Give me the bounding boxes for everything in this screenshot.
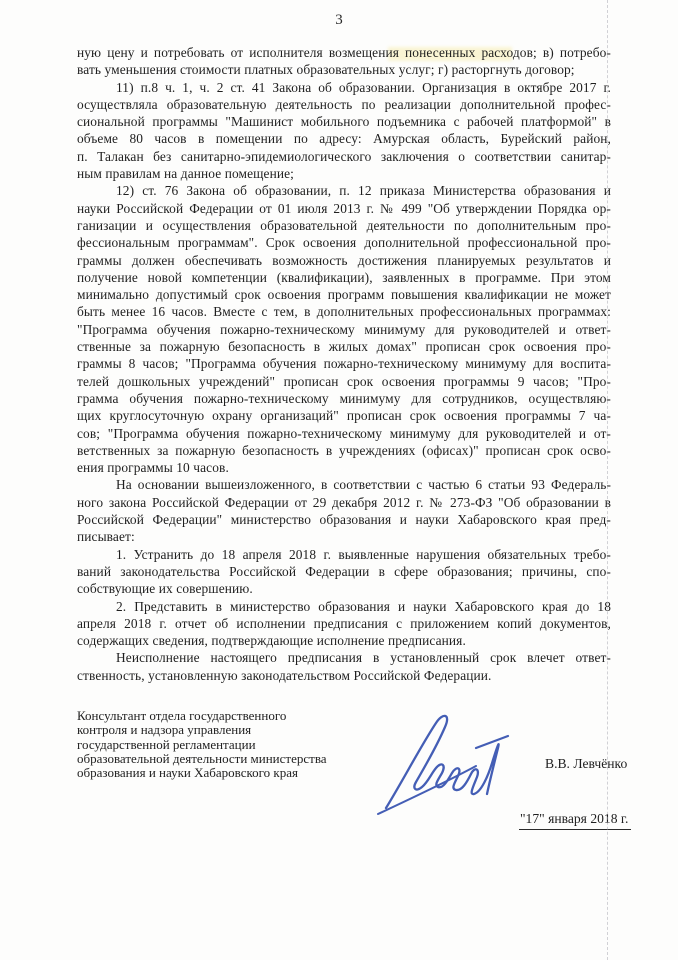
text-line: "Программа обучения пожарно-техническому… (77, 321, 611, 338)
text-line: ения программы 10 часов. (77, 459, 611, 476)
text-line: собствующие их совершению. (77, 580, 611, 597)
text-line: фессиональным программам". Срок освоения… (77, 234, 611, 251)
signatory-title-line: образования и науки Хабаровского края (77, 766, 377, 780)
text-line: сов; "Программа обучения пожарно-техниче… (77, 425, 611, 442)
text-line: Российской Федерации" министерство образ… (77, 511, 611, 528)
document-body: ную цену и потребовать от исполнителя во… (77, 44, 611, 684)
text-line: 12) ст. 76 Закона об образовании, п. 12 … (77, 182, 611, 199)
text-line: быть менее 16 часов. Вместе с тем, в доп… (77, 303, 611, 320)
text-line: 1. Устранить до 18 апреля 2018 г. выявле… (77, 546, 611, 563)
text-line: апреля 2018 г. отчет об исполнении предп… (77, 615, 611, 632)
text-line: ственность, установленную законодательст… (77, 667, 611, 684)
signatory-title-line: государственной регламентации (77, 738, 377, 752)
signatory-name: В.В. Левчёнко (545, 756, 627, 772)
page-number: 3 (0, 12, 678, 29)
text-line: Неисполнение настоящего предписания в ус… (77, 649, 611, 666)
text-line: ного закона Российской Федерации от 29 д… (77, 494, 611, 511)
text-line: ваний законодательства Российской Федера… (77, 563, 611, 580)
text-line: содержащих сведения, подтверждающие испо… (77, 632, 611, 649)
text-line: науки Российской Федерации от 01 июля 20… (77, 200, 611, 217)
text-line: 11) п.8 ч. 1, ч. 2 ст. 41 Закона об обра… (77, 79, 611, 96)
scanned-document-page: 3 ную цену и потребовать от исполнителя … (0, 0, 678, 960)
text-line: граммы 8 часов; "Программа обучения пожа… (77, 355, 611, 372)
text-line: ственные за пожарную безопасность в жилы… (77, 338, 611, 355)
text-line: грамма обучения пожарно-техническому мин… (77, 390, 611, 407)
signatory-title-line: контроля и надзора управления (77, 723, 377, 737)
text-line: объеме 80 часов в помещении по адресу: А… (77, 130, 611, 147)
text-line: щих круглосуточную охрану организаций" п… (77, 407, 611, 424)
text-line: сиональной программы "Машинист мобильног… (77, 113, 611, 130)
text-line: На основании вышеизложенного, в соответс… (77, 476, 611, 493)
signature-date: "17" января 2018 г. (519, 811, 631, 830)
text-line: получение новой компетенции (квалификаци… (77, 269, 611, 286)
signatory-title-line: Консультант отдела государственного (77, 709, 377, 723)
text-line: осуществляла образовательную деятельност… (77, 96, 611, 113)
text-line: ную цену и потребовать от исполнителя во… (77, 44, 611, 61)
text-line: 2. Представить в министерство образовани… (77, 598, 611, 615)
text-line: ным правилам на данное помещение; (77, 165, 611, 182)
handwritten-signature (372, 704, 514, 816)
text-line: ветственных за пожарную безопасность в у… (77, 442, 611, 459)
signatory-title-line: образовательной деятельности министерств… (77, 752, 377, 766)
text-line: п. Талакан без санитарно-эпидемиологичес… (77, 148, 611, 165)
signatory-title-block: Консультант отдела государственногоконтр… (77, 709, 377, 780)
text-line: ганизации и осуществления образовательно… (77, 217, 611, 234)
text-line: телей дошкольных учреждений" прописан ср… (77, 373, 611, 390)
text-line: писывает: (77, 528, 611, 545)
text-line: граммы должен обеспечивать возможность д… (77, 252, 611, 269)
text-line: вать уменьшения стоимости платных образо… (77, 61, 611, 78)
text-line: минимально допустимый срок освоения прог… (77, 286, 611, 303)
